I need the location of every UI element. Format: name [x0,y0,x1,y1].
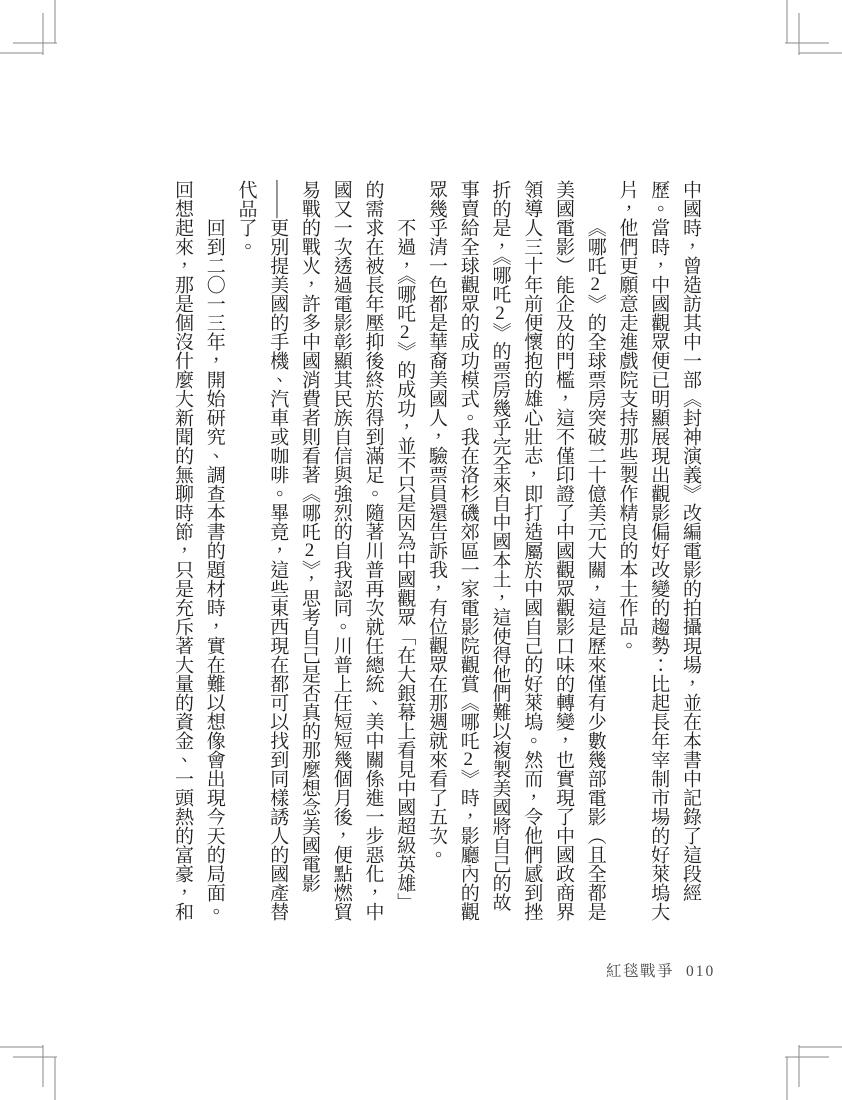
crop-mark-bottom-left [0,1045,57,1100]
crop-mark-top-left [0,0,57,55]
crop-mark-bottom-right [785,1045,842,1100]
paragraph-continuation: 中國時，曾造訪其中一部《封神演義》改編電影的拍攝現場，並在本書中記錄了這段經歷。… [611,180,706,925]
footer-page-number: 010 [686,963,715,980]
footer-book-title: 紅毯戰爭 [606,963,674,980]
paragraph-looking-back: 回到二〇一三年，開始研究、調查本書的題材時，實在難以想像會出現今天的局面。回想起… [166,180,230,925]
crop-mark-top-right [785,0,842,55]
page-footer: 紅毯戰爭010 [606,959,715,981]
book-page: 中國時，曾造訪其中一部《封神演義》改編電影的拍攝現場，並在本書中記錄了這段經歷。… [0,0,842,1100]
page-text: 中國時，曾造訪其中一部《封神演義》改編電影的拍攝現場，並在本書中記錄了這段經歷。… [166,180,706,925]
paragraph-trade-war: 不過，《哪吒2》的成功，並不只是因為中國觀眾「在大銀幕上看見中國超級英雄」的需求… [230,180,421,925]
paragraph-nezha-box-office: 《哪吒2》的全球票房突破二十億美元大關，這是歷來僅有少數幾部電影（且全都是美國電… [420,180,611,925]
